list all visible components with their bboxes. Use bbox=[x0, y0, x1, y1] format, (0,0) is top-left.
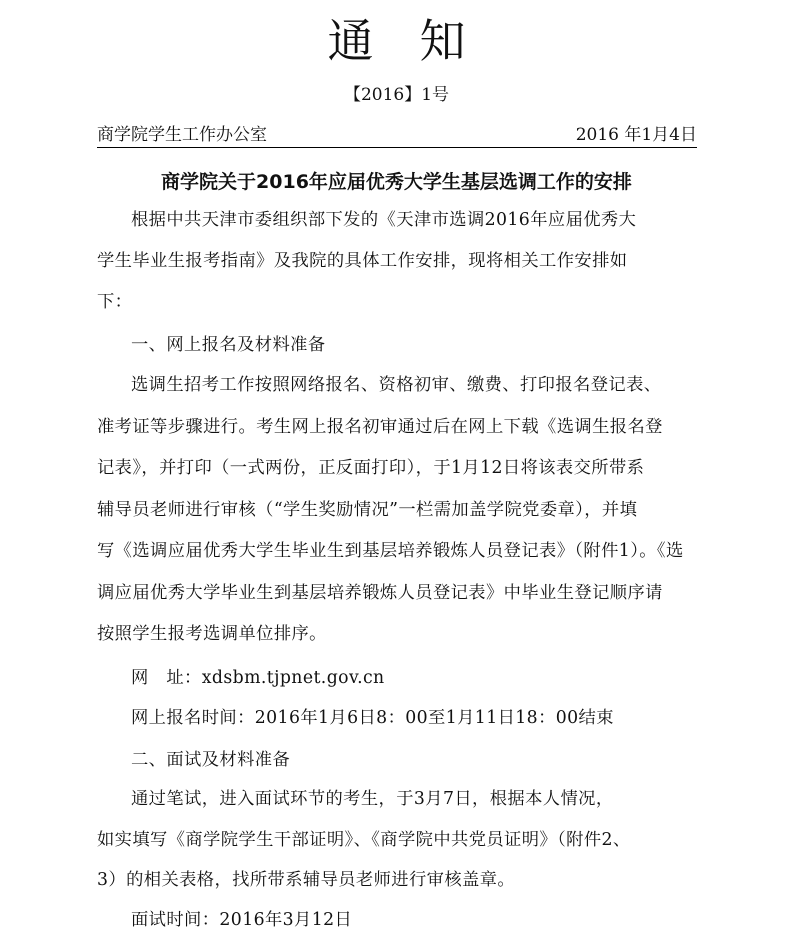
body-line: 选调生招考工作按照网络报名、资格初审、缴费、打印报名登记表、 bbox=[131, 373, 731, 397]
interview-time-line: 面试时间：2016年3月12日 bbox=[131, 908, 731, 932]
issuer-date-header: 商学院学生工作办公室 2016 年1月4日 bbox=[97, 123, 697, 148]
body-line: 记表》，并打印（一式两份，正反面打印），于1月12日将该表交所带系 bbox=[97, 456, 697, 480]
website-line: 网 址：xdsbm.tjpnet.gov.cn bbox=[131, 666, 731, 690]
body-line: 下： bbox=[97, 290, 697, 314]
body-line: 调应届优秀大学毕业生到基层培养锻炼人员登记表》中毕业生登记顺序请 bbox=[97, 581, 697, 605]
body-line: 准考证等步骤进行。考生网上报名初审通过后在网上下载《选调生报名登 bbox=[97, 415, 697, 439]
body-line: 如实填写《商学院学生干部证明》、《商学院中共党员证明》（附件2、 bbox=[97, 828, 697, 852]
notice-title: 通知 bbox=[0, 12, 793, 70]
section-heading-2: 二、面试及材料准备 bbox=[131, 748, 731, 772]
document-subtitle: 商学院关于2016年应届优秀大学生基层选调工作的安排 bbox=[0, 168, 793, 196]
issue-date: 2016 年1月4日 bbox=[576, 123, 697, 147]
title-char-2: 知 bbox=[420, 14, 466, 68]
body-line: 根据中共天津市委组织部下发的《天津市选调2016年应届优秀大 bbox=[131, 208, 731, 232]
body-line: 辅导员老师进行审核（“学生奖励情况”一栏需加盖学院党委章），并填 bbox=[97, 498, 697, 522]
body-line: 按照学生报考选调单位排序。 bbox=[97, 622, 697, 646]
issuer: 商学院学生工作办公室 bbox=[97, 123, 267, 147]
body-line: 写《选调应届优秀大学生毕业生到基层培养锻炼人员登记表》（附件1）。《选 bbox=[97, 539, 697, 563]
document-number: 【2016】1号 bbox=[0, 83, 793, 107]
registration-time-line: 网上报名时间：2016年1月6日8：00至1月11日18：00结束 bbox=[131, 706, 731, 730]
title-char-1: 通 bbox=[328, 14, 374, 68]
body-line: 3）的相关表格，找所带系辅导员老师进行审核盖章。 bbox=[97, 868, 697, 892]
body-line: 学生毕业生报考指南》及我院的具体工作安排，现将相关工作安排如 bbox=[97, 249, 697, 273]
section-heading-1: 一、网上报名及材料准备 bbox=[131, 333, 731, 357]
body-line: 通过笔试，进入面试环节的考生，于3月7日，根据本人情况， bbox=[131, 787, 731, 811]
